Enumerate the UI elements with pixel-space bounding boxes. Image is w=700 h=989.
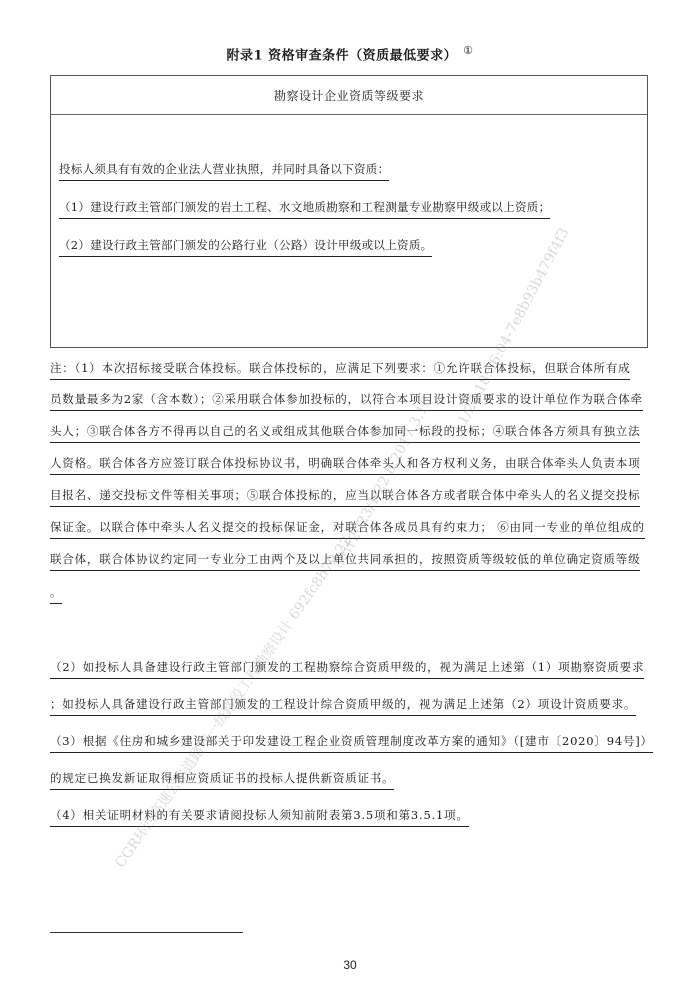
watermark-text: 设计2023/1/22 8:2017.3.10 bbox=[330, 393, 436, 569]
qualification-table: 勘察设计企业资质等级要求 投标人须具有有效的企业法人营业执照，并同时具备以下资质… bbox=[50, 75, 648, 348]
table-row-survey-qualification: （1）建设行政主管部门颁发的岩土工程、水文地质勘察和工程测量专业勘察甲级或以上资… bbox=[59, 199, 550, 219]
note-line: 头人；③联合体各方不得再以自己的名义或组成其他联合体参加同一标段的投标；④联合体… bbox=[50, 423, 640, 443]
note-line: （3）根据《住房和城乡建设部关于印发建设工程企业资质管理制度改革方案的通知》（[… bbox=[50, 733, 653, 753]
note-line: 保证金。以联合体中牵头人名义提交的投标保证金，对联合体各成员具有约束力； ⑥由同… bbox=[50, 519, 645, 539]
note-line: （2）如投标人具备建设行政主管部门颁发的工程勘察综合资质甲级的，视为满足上述第（… bbox=[50, 659, 644, 679]
title-text: 附录1 资格审查条件（资质最低要求） bbox=[227, 48, 458, 63]
page-number: 30 bbox=[0, 958, 700, 972]
note-line: ；如投标人具备建设行政主管部门颁发的工程设计综合资质甲级的，视为满足上述第（2）… bbox=[50, 696, 636, 716]
note-line: 员数量最多为2家（含本数）；②采用联合体参加投标的，以符合本项目设计资质要求的设… bbox=[50, 391, 643, 411]
note-line: 目报名、递交投标文件等相关事项；⑤联合体投标的，应当以联合体各方或者联合体中牵头… bbox=[50, 487, 640, 507]
note-line: 联合体，联合体协议约定同一专业分工由两个及以上单位共同承担的，按照资质等级较低的… bbox=[50, 551, 640, 571]
note-line: 。 bbox=[50, 584, 62, 604]
footnote-divider bbox=[50, 932, 243, 933]
note-line: 的规定已换发新证取得相应资质证书的投标人提供新资质证书。 bbox=[50, 770, 394, 790]
footnote-marker: ① bbox=[463, 44, 473, 57]
note-line: （4）相关证明材料的有关要求请阅投标人须知前附表第3.5项和第3.5.1项。 bbox=[50, 807, 469, 827]
appendix-title: 附录1 资格审查条件（资质最低要求）① bbox=[0, 44, 700, 63]
note-line: 人资格。联合体各方应签订联合体投标协议书，明确联合体牵头人和各方权利义务，由联合… bbox=[50, 455, 640, 475]
table-header: 勘察设计企业资质等级要求 bbox=[51, 76, 647, 115]
table-row-design-qualification: （2）建设行政主管部门颁发的公路行业（公路）设计甲级或以上资质。 bbox=[59, 237, 432, 257]
note-line: 注：（1）本次招标接受联合体投标。联合体投标的，应满足下列要求：①允许联合体投标… bbox=[50, 360, 630, 380]
table-row-requirement-intro: 投标人须具有有效的企业法人营业执照，并同时具备以下资质： bbox=[59, 161, 389, 181]
